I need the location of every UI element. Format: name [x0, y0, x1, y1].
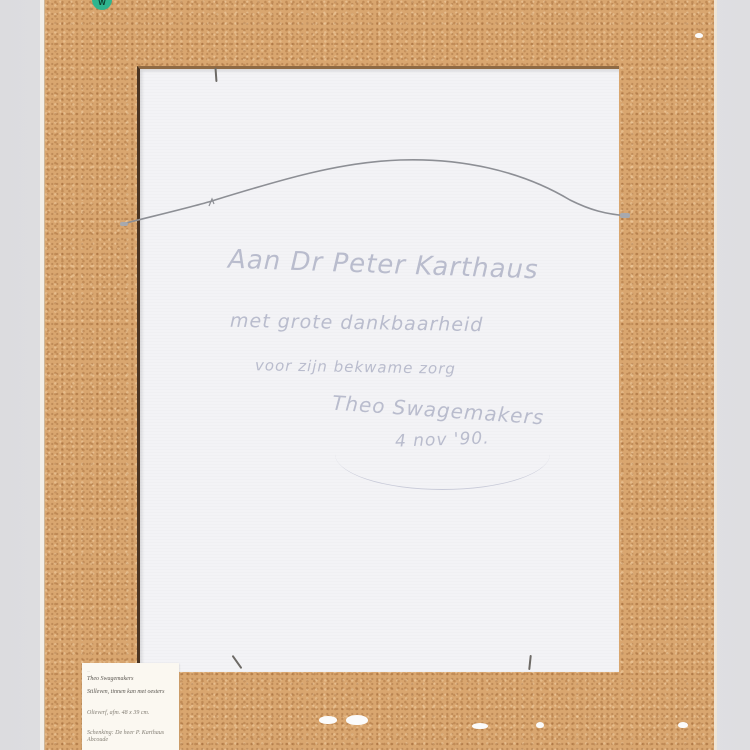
label-gift: Schenking: De heer P. Karthaus Abcoude [87, 730, 174, 745]
pencil-oval-stroke [335, 418, 550, 490]
sticker-text: W [98, 0, 106, 7]
label-artist: Theo Swagemakers [87, 676, 174, 684]
label-title: Stilleven, tinnen kan met oesters [87, 689, 174, 697]
paint-splotch [536, 722, 544, 728]
inscription-line-2: met grote dankbaarheid [230, 310, 484, 336]
board-left-edge [40, 0, 45, 750]
museum-label: ... Theo Swagemakers Stilleven, tinnen k… [82, 663, 179, 750]
paint-splotch [472, 723, 488, 729]
paint-splotch [319, 716, 337, 724]
board-right-edge [714, 0, 717, 750]
inscription-line-3: voor zijn bekwame zorg [255, 356, 456, 378]
paint-splotch [346, 715, 368, 725]
paint-splotch [678, 722, 688, 728]
paint-splotch [695, 33, 703, 38]
label-number: ... [87, 668, 174, 673]
label-medium: Olieverf, afm. 48 x 39 cm. [87, 710, 174, 718]
